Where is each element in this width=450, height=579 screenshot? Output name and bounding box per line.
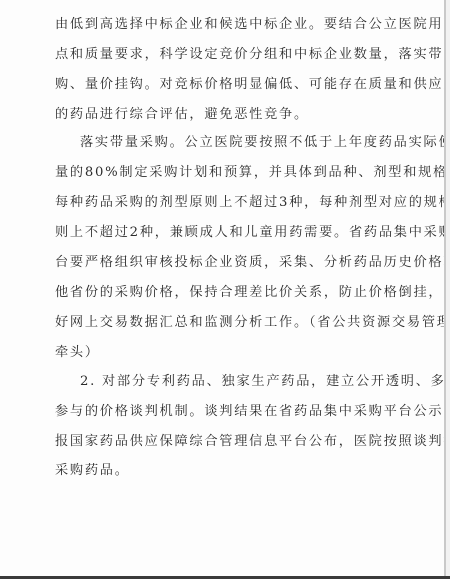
text-line: 量的80%制定采购计划和预算，并具体到品种、剂型和规格。	[55, 163, 395, 183]
text-line: 由低到高选择中标企业和候选中标企业。要结合公立医院用药特	[55, 15, 395, 35]
paragraph-start-line: 2. 对部分专利药品、独家生产药品，建立公开透明、多方	[80, 372, 395, 392]
text-line: 参与的价格谈判机制。谈判结果在省药品集中采购平台公示，并	[55, 402, 395, 422]
text-line: 则上不超过2种，兼顾成人和儿童用药需要。省药品集中采购平	[55, 223, 395, 243]
document-page: 由低到高选择中标企业和候选中标企业。要结合公立医院用药特 点和质量要求，科学设定…	[0, 0, 444, 576]
text-line: 购、量价挂钩。对竞标价格明显偏低、可能存在质量和供应风险	[55, 75, 395, 95]
paragraph-start-line: 落实带量采购。公立医院要按照不低于上年度药品实际使用	[80, 133, 395, 153]
text-line: 好网上交易数据汇总和监测分析工作。（省公共资源交易管理局	[55, 313, 395, 333]
text-line: 牵头）	[55, 343, 395, 363]
text-line: 报国家药品供应保障综合管理信息平台公布，医院按照谈判结果	[55, 432, 395, 452]
text-line: 每种药品采购的剂型原则上不超过3种，每种剂型对应的规格原	[55, 193, 395, 213]
page-right-margin	[446, 0, 450, 579]
text-line: 采购药品。	[55, 461, 395, 481]
text-line: 点和质量要求，科学设定竞价分组和中标企业数量，落实带量采	[55, 45, 395, 65]
text-line: 台要严格组织审核投标企业资质，采集、分析药品历史价格和其	[55, 253, 395, 273]
text-line: 他省份的采购价格，保持合理差比价关系，防止价格倒挂，并做	[55, 283, 395, 303]
text-line: 的药品进行综合评估，避免恶性竞争。	[55, 105, 395, 125]
